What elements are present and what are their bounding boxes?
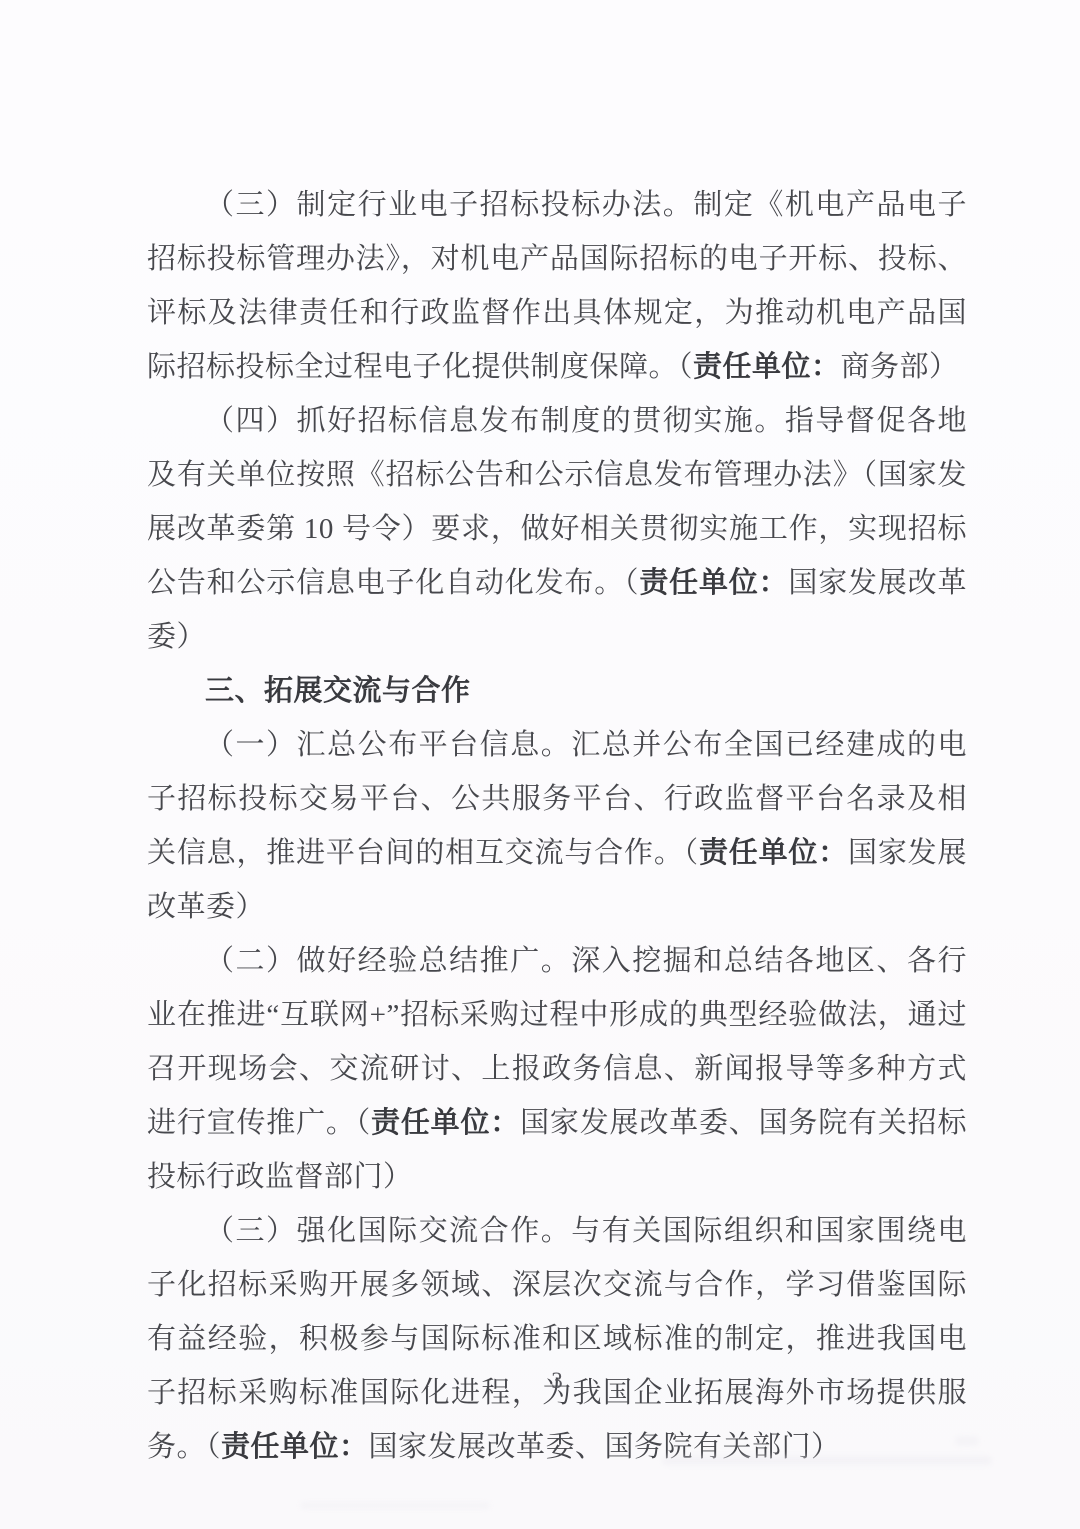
paragraph: （四）抓好招标信息发布制度的贯彻实施。指导督促各地及有关单位按照《招标公告和公示… [147, 394, 967, 664]
responsible-unit-label: 责任单位： [371, 1107, 520, 1139]
body-text: 商务部） [841, 351, 959, 383]
responsible-unit-label: 责任单位： [221, 1431, 369, 1463]
paragraph: （一）汇总公布平台信息。汇总并公布全国已经建成的电子招标投标交易平台、公共服务平… [147, 718, 967, 934]
scan-artifact [955, 1436, 979, 1446]
section-heading: 三、拓展交流与合作 [147, 664, 967, 718]
responsible-unit-label: 责任单位： [639, 567, 788, 599]
page-number: 3 [147, 1368, 967, 1394]
document-body: （三）制定行业电子招标投标办法。制定《机电产品电子招标投标管理办法》，对机电产品… [147, 178, 967, 1474]
paragraph: （二）做好经验总结推广。深入挖掘和总结各地区、各行业在推进“互联网+”招标采购过… [147, 934, 967, 1204]
body-text: （三）强化国际交流合作。与有关国际组织和国家围绕电子化招标采购开展多领域、深层次… [147, 1215, 967, 1463]
responsible-unit-label: 责任单位： [699, 837, 848, 869]
scanned-document-page: （三）制定行业电子招标投标办法。制定《机电产品电子招标投标管理办法》，对机电产品… [0, 0, 1080, 1529]
paragraph: （三）强化国际交流合作。与有关国际组织和国家围绕电子化招标采购开展多领域、深层次… [147, 1204, 967, 1474]
scan-artifact [300, 1502, 490, 1509]
responsible-unit-label: 责任单位： [693, 351, 841, 383]
scan-artifact [662, 1456, 992, 1465]
paragraph: （三）制定行业电子招标投标办法。制定《机电产品电子招标投标管理办法》，对机电产品… [147, 178, 967, 394]
responsible-unit-label: 三、拓展交流与合作 [205, 675, 471, 707]
